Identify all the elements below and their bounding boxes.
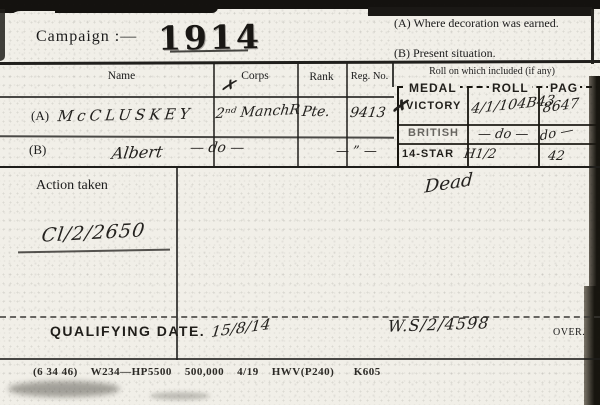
row-a-corps: 2ⁿᵈ ManchR bbox=[215, 102, 301, 122]
col-header-reg-no: Reg. No. bbox=[346, 71, 393, 82]
qualifying-dashed-line bbox=[0, 316, 600, 318]
action-taken-value: Dead bbox=[424, 169, 473, 197]
roll-value-british: — do — bbox=[477, 127, 530, 142]
stamp-medal-british: BRITISH bbox=[408, 127, 459, 139]
reference-number: Cl/2/2650 bbox=[40, 219, 146, 246]
stamp-medal-star: 14-STAR bbox=[402, 148, 454, 160]
stamp-medal-victory: VICTORY bbox=[406, 100, 461, 112]
col-header-name: Name bbox=[30, 70, 213, 82]
ws-reference: W.S/2/4598 bbox=[387, 313, 490, 336]
campaign-label: Campaign :— bbox=[36, 28, 137, 46]
action-taken-label: Action taken bbox=[36, 178, 108, 194]
page-value-star: 42 bbox=[547, 149, 566, 164]
stamp-header-medal: MEDAL bbox=[406, 81, 460, 95]
bottom-smudge-small bbox=[150, 392, 210, 400]
rule-main bbox=[0, 60, 600, 65]
note-a: (A) Where decoration was earned. bbox=[394, 16, 559, 31]
row-a-underline bbox=[0, 135, 394, 138]
reference-underline bbox=[18, 249, 170, 253]
bottom-rule bbox=[0, 358, 600, 360]
col-header-roll: Roll on which included (if any) bbox=[396, 66, 588, 77]
roll-value-star: H1/2 bbox=[463, 147, 497, 162]
row-b-name: Albert bbox=[111, 142, 164, 163]
right-border-line bbox=[591, 9, 594, 64]
row-b-reg-ditto: — ” — bbox=[336, 144, 377, 159]
top-scan-border-offset bbox=[368, 7, 592, 16]
stamp-header-roll: ROLL bbox=[489, 81, 532, 95]
row-b-label: (B) bbox=[29, 142, 46, 158]
stamp-row-line-2 bbox=[397, 143, 600, 145]
print-code: (6 34 46) W234—HP5500 500,000 4/19 HWV(P… bbox=[33, 366, 381, 378]
bottom-left-smudge bbox=[8, 381, 120, 397]
corps-check-mark: ✗ bbox=[219, 75, 237, 98]
col-header-rank: Rank bbox=[297, 71, 346, 83]
qualifying-date-label: QUALIFYING DATE. bbox=[50, 323, 205, 339]
note-b: (B) Present situation. bbox=[394, 46, 496, 61]
row-a-reg-no: 9413 bbox=[349, 105, 387, 121]
right-torn-edge-wide bbox=[584, 286, 600, 405]
header-underline bbox=[0, 96, 394, 98]
row-b-corps-ditto: — do — bbox=[189, 140, 246, 156]
qualifying-date-value: 15/8/14 bbox=[210, 315, 271, 341]
row-a-name: McCLUSKEY bbox=[57, 105, 195, 125]
over-label: OVER. bbox=[553, 327, 585, 338]
row-a-rank: Pte. bbox=[301, 104, 331, 120]
row-a-label: (A) bbox=[31, 108, 49, 124]
medal-index-card: Campaign :— 1914 (A) Where decoration wa… bbox=[0, 0, 600, 405]
